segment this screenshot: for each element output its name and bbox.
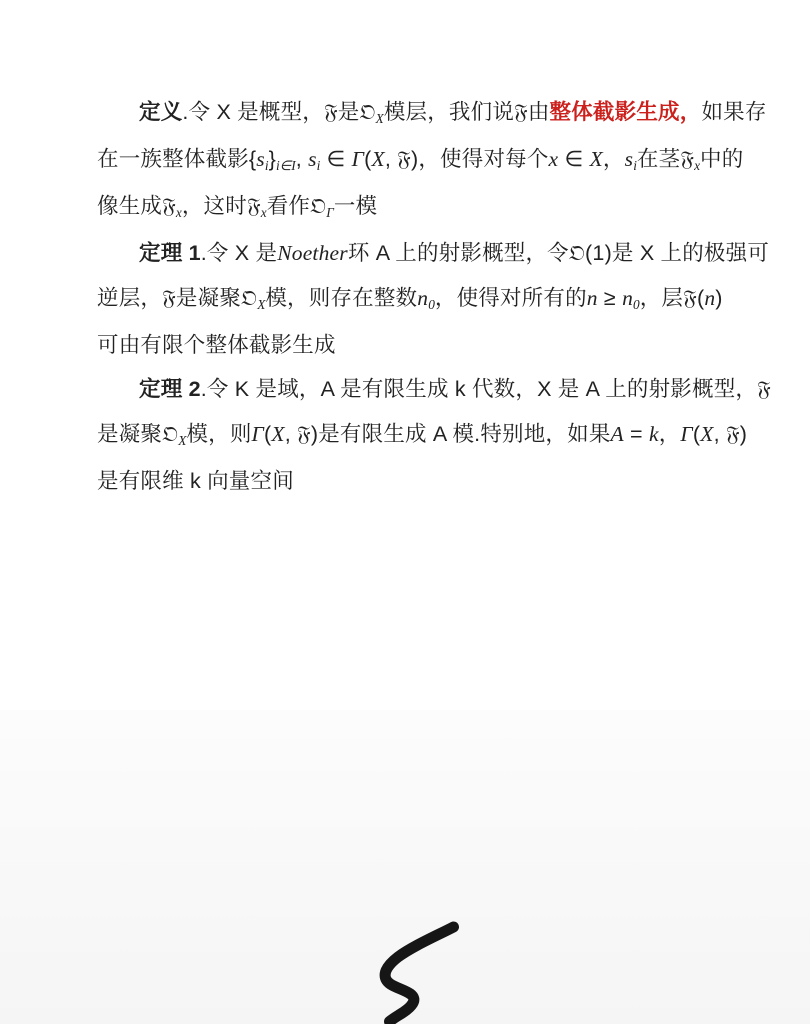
- text-run: x: [261, 205, 267, 220]
- text-run: X: [216, 100, 231, 124]
- text-run: k: [649, 422, 659, 446]
- text-run: 定理 1: [139, 241, 201, 265]
- text-run: 是凝聚: [97, 422, 162, 446]
- text-line: 在一族整体截影{si}i∈I, si ∈ Γ(X, 𝔉)，使得对每个x ∈ X，…: [97, 137, 722, 184]
- text-run: 环: [348, 241, 376, 265]
- text-run: X: [700, 422, 713, 446]
- text-run: 0: [428, 297, 435, 312]
- text-run: K: [235, 377, 250, 401]
- text-run: s: [256, 147, 265, 171]
- text-run: k: [190, 469, 201, 493]
- text-run: 是: [338, 100, 360, 124]
- text-run: n: [622, 286, 633, 310]
- text-run: 𝔒: [310, 194, 326, 219]
- text-run: .令: [201, 377, 235, 401]
- text-line: 逆层，𝔉是凝聚𝔒X模，则存在整数n0，使得对所有的n ≥ n0，层𝔉(n): [97, 276, 722, 323]
- text-run: 在茎: [637, 147, 680, 171]
- text-run: 上的射影概型，: [599, 377, 757, 401]
- text-run: A: [376, 241, 389, 265]
- text-run: 𝔒: [360, 100, 376, 125]
- text-run: i∈I: [276, 158, 296, 173]
- text-run: k: [455, 377, 466, 401]
- text-run: ，层: [640, 286, 683, 310]
- text-run: ,: [714, 422, 726, 446]
- text-run: .令: [201, 241, 235, 265]
- text-run: n: [704, 286, 715, 310]
- text-run: 𝔉: [397, 147, 411, 172]
- text-run: 𝔒: [241, 286, 257, 311]
- text-run: ): [740, 422, 747, 446]
- text-run: 上的极强可: [654, 241, 769, 265]
- text-run: ∈: [558, 147, 589, 171]
- text-run: 定义: [139, 100, 182, 124]
- text-run: ,: [296, 147, 308, 171]
- page-bottom-shading: [0, 710, 810, 1024]
- text-run: 是域，: [249, 377, 320, 401]
- text-run: 模，则存在整数: [265, 286, 417, 310]
- text-run: 𝔒: [569, 241, 585, 266]
- text-line: 是凝聚𝔒X模，则Γ(X, 𝔉)是有限生成 A 模.特别地，如果A = k，Γ(X…: [97, 412, 722, 459]
- text-run: (1)是: [585, 241, 640, 265]
- text-run: Γ: [326, 205, 334, 220]
- text-line: 定理 1.令 X 是Noether环 A 上的射影概型，令𝔒(1)是 X 上的极…: [97, 231, 722, 276]
- text-run: 𝔉: [726, 422, 740, 447]
- text-run: 𝔉: [683, 286, 697, 311]
- text-run: 代数，: [466, 377, 537, 401]
- text-run: 𝔉: [162, 194, 176, 219]
- text-run: 由: [528, 100, 550, 124]
- text-run: ,: [285, 422, 297, 446]
- text-run: )，使得对每个: [411, 147, 549, 171]
- text-run: 0: [633, 297, 640, 312]
- text-run: 𝔉: [757, 377, 771, 402]
- text-run: 在一族整体截影{: [97, 147, 256, 171]
- text-run: 𝔉: [680, 147, 694, 172]
- text-run: X: [257, 297, 265, 312]
- text-run: 模，则: [186, 422, 251, 446]
- text-line: 像生成𝔉x，这时𝔉x看作𝔒Γ一模: [97, 184, 722, 231]
- text-run: X: [235, 241, 250, 265]
- text-run: ,: [385, 147, 397, 171]
- text-run: x: [549, 147, 559, 171]
- text-run: 是: [249, 241, 277, 265]
- text-run: s: [625, 147, 634, 171]
- highlighted-term: 整体截影生成，: [550, 100, 702, 124]
- text-run: 看作: [267, 194, 310, 218]
- text-line: 定理 2.令 K 是域，A 是有限生成 k 代数，X 是 A 上的射影概型，𝔉: [97, 367, 722, 412]
- text-run: 逆层，: [97, 286, 162, 310]
- text-run: X: [371, 147, 384, 171]
- text-run: s: [308, 147, 317, 171]
- text-run: i: [265, 158, 269, 173]
- text-run: ，使得对所有的: [435, 286, 587, 310]
- text-run: A: [611, 422, 624, 446]
- text-run: Γ: [352, 147, 364, 171]
- text-run: 是概型，: [231, 100, 324, 124]
- text-run: ≥: [598, 286, 622, 310]
- text-run: X: [537, 377, 552, 401]
- text-run: Noether: [277, 241, 348, 265]
- text-run: 是有限生成: [334, 377, 455, 401]
- text-line: 定义.令 X 是概型，𝔉是𝔒X模层，我们说𝔉由整体截影生成，如果存: [97, 90, 722, 137]
- text-run: 𝔉: [324, 100, 338, 125]
- text-run: ): [715, 286, 722, 310]
- text-run: Γ: [252, 422, 264, 446]
- text-run: i: [633, 158, 637, 173]
- text-run: 一模: [334, 194, 377, 218]
- text-run: 模层，我们说: [384, 100, 514, 124]
- text-run: .令: [182, 100, 216, 124]
- text-run: 𝔒: [162, 422, 178, 447]
- text-line: 可由有限个整体截影生成: [97, 323, 722, 367]
- text-run: 𝔉: [514, 100, 528, 125]
- text-run: =: [624, 422, 649, 446]
- text-run: i: [317, 158, 321, 173]
- text-run: x: [176, 205, 182, 220]
- text-run: 模.特别地，如果: [446, 422, 610, 446]
- text-run: 上的射影概型，令: [389, 241, 569, 265]
- text-run: 是凝聚: [176, 286, 241, 310]
- text-run: X: [640, 241, 655, 265]
- text-run: ∈: [320, 147, 351, 171]
- text-run: X: [271, 422, 284, 446]
- text-run: }: [269, 147, 276, 171]
- text-run: 𝔉: [297, 422, 311, 447]
- text-run: n: [417, 286, 428, 310]
- text-run: X: [590, 147, 603, 171]
- text-run: n: [587, 286, 598, 310]
- text-run: 像生成: [97, 194, 162, 218]
- text-run: x: [694, 158, 700, 173]
- text-run: 如果存: [701, 100, 766, 124]
- text-run: ，这时: [182, 194, 247, 218]
- text-run: A: [433, 422, 446, 446]
- text-run: 可由有限个整体截影生成: [97, 333, 336, 357]
- text-run: 中的: [700, 147, 743, 171]
- text-run: ，: [659, 422, 681, 446]
- text-run: 向量空间: [201, 469, 294, 493]
- text-line: 是有限维 k 向量空间: [97, 459, 722, 503]
- text-run: X: [376, 111, 384, 126]
- text-run: 𝔉: [247, 194, 261, 219]
- text-run: )是有限生成: [311, 422, 433, 446]
- text-run: 是: [552, 377, 586, 401]
- text-run: X: [178, 433, 186, 448]
- text-run: A: [586, 377, 599, 401]
- text-run: ，: [603, 147, 625, 171]
- text-run: 定理 2: [139, 377, 201, 401]
- text-run: 是有限维: [97, 469, 190, 493]
- document-text: 定义.令 X 是概型，𝔉是𝔒X模层，我们说𝔉由整体截影生成，如果存在一族整体截影…: [97, 90, 722, 503]
- text-run: A: [321, 377, 334, 401]
- text-run: 𝔉: [162, 286, 176, 311]
- text-run: Γ: [680, 422, 692, 446]
